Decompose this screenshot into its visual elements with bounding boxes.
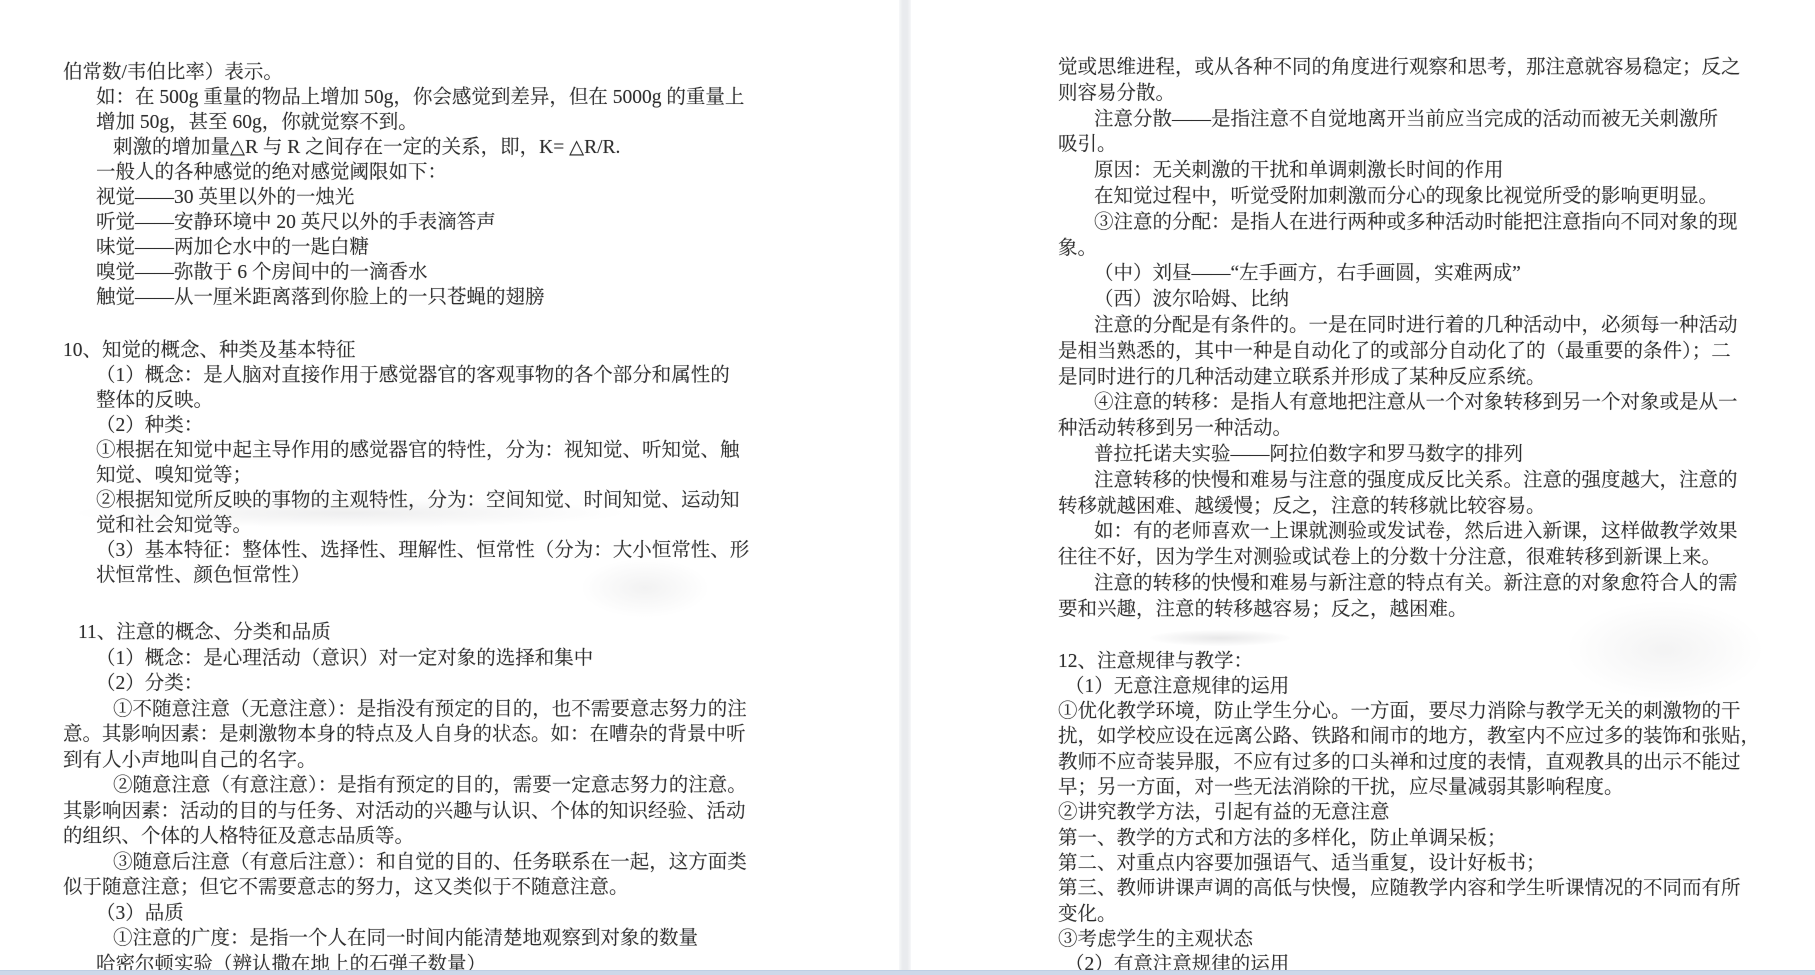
- text-line: （中）刘昼——“左手画方，右手画圆，实难两成”: [1094, 261, 1760, 287]
- text-line: 觉或思维进程，或从各种不同的角度进行观察和思考，那注意就容易稳定；反之: [1058, 55, 1760, 81]
- text-line: 似于随意注意；但它不需要意志的努力，这又类似于不随意注意。: [63, 875, 749, 901]
- text-line: 如：在 500g 重量的物品上增加 50g，你会感觉到差异，但在 5000g 的…: [96, 85, 749, 110]
- text-line: 教师不应奇装异服，不应有过多的口头禅和过度的表情，直观教具的出示不能过: [1058, 750, 1760, 775]
- text-line: 注意分散——是指注意不自觉地离开当前应当完成的活动而被无关刺激所: [1094, 107, 1760, 133]
- text-section: 觉或思维进程，或从各种不同的角度进行观察和思考，那注意就容易稳定；反之则容易分散…: [1058, 55, 1760, 623]
- text-line: 10、知觉的概念、种类及基本特征: [63, 338, 749, 363]
- text-line: 嗅觉——弥散于 6 个房间中的一滴香水: [96, 260, 749, 285]
- text-line: （1）概念：是人脑对直接作用于感觉器官的客观事物的各个部分和属性的: [96, 363, 749, 388]
- document-page-right[interactable]: 觉或思维进程，或从各种不同的角度进行观察和思考，那注意就容易稳定；反之则容易分散…: [911, 0, 1815, 975]
- text-section: 10、知觉的概念、种类及基本特征（1）概念：是人脑对直接作用于感觉器官的客观事物…: [63, 338, 749, 588]
- text-line: 是同时进行的几种活动建立联系并形成了某种反应系统。: [1058, 365, 1760, 391]
- text-line: ①注意的广度：是指一个人在同一时间内能清楚地观察到对象的数量: [113, 926, 749, 952]
- text-line: 注意的分配是有条件的。一是在同时进行着的几种活动中，必须每一种活动: [1094, 313, 1760, 339]
- text-line: 吸引。: [1058, 132, 1760, 158]
- text-line: 刺激的增加量△R 与 R 之间存在一定的关系，即，K= △R/R.: [113, 135, 749, 160]
- text-section: 12、注意规律与教学：（1）无意注意规律的运用①优化教学环境，防止学生分心。一方…: [1058, 649, 1760, 975]
- text-line: 触觉——从一厘米距离落到你脸上的一只苍蝇的翅膀: [96, 285, 749, 310]
- text-line: ②根据知觉所反映的事物的主观特性，分为：空间知觉、时间知觉、运动知: [96, 488, 749, 513]
- text-line: ①优化教学环境，防止学生分心。一方面，要尽力消除与教学无关的刺激物的干: [1058, 699, 1760, 724]
- text-line: 觉和社会知觉等。: [96, 513, 749, 538]
- window-edge-bar: [0, 970, 1815, 975]
- text-line: （2）种类：: [96, 413, 749, 438]
- text-line: 则容易分散。: [1058, 81, 1760, 107]
- text-section: 伯常数/韦伯比率）表示。如：在 500g 重量的物品上增加 50g，你会感觉到差…: [63, 60, 749, 310]
- text-line: 注意的转移的快慢和难易与新注意的特点有关。新注意的对象愈符合人的需: [1094, 571, 1760, 597]
- text-line: 普拉托诺夫实验——阿拉伯数字和罗马数字的排列: [1094, 442, 1760, 468]
- text-line: 的组织、个体的人格特征及意志品质等。: [63, 824, 749, 850]
- text-line: 象。: [1058, 236, 1760, 262]
- text-line: 注意转移的快慢和难易与注意的强度成反比关系。注意的强度越大，注意的: [1094, 468, 1760, 494]
- text-line: 其影响因素：活动的目的与任务、对活动的兴趣与认识、个体的知识经验、活动: [63, 799, 749, 825]
- text-section: 11、注意的概念、分类和品质（1）概念：是心理活动（意识）对一定对象的选择和集中…: [63, 620, 749, 975]
- text-line: 意。其影响因素：是刺激物本身的特点及人自身的状态。如：在嘈杂的背景中听: [63, 722, 749, 748]
- text-line: 是相当熟悉的，其中一种是自动化了的或部分自动化了的（最重要的条件）；二: [1058, 339, 1760, 365]
- page-right-text-block: 觉或思维进程，或从各种不同的角度进行观察和思考，那注意就容易稳定；反之则容易分散…: [1058, 55, 1760, 975]
- page-divider: [899, 0, 911, 975]
- text-line: 往往不好，因为学生对测验或试卷上的分数十分注意，很难转移到新课上来。: [1058, 545, 1760, 571]
- text-line: 视觉——30 英里以外的一烛光: [96, 185, 749, 210]
- text-line: 增加 50g，甚至 60g，你就觉察不到。: [96, 110, 749, 135]
- text-line: 12、注意规律与教学：: [1058, 649, 1760, 674]
- text-line: 变化。: [1058, 902, 1760, 927]
- text-line: 整体的反映。: [96, 388, 749, 413]
- text-line: 伯常数/韦伯比率）表示。: [63, 60, 749, 85]
- text-line: ①不随意注意（无意注意）：是指没有预定的目的，也不需要意志努力的注: [113, 697, 749, 723]
- document-page-left[interactable]: 伯常数/韦伯比率）表示。如：在 500g 重量的物品上增加 50g，你会感觉到差…: [0, 0, 899, 975]
- text-line: ③随意后注意（有意后注意）：和自觉的目的、任务联系在一起，这方面类: [113, 850, 749, 876]
- text-line: 到有人小声地叫自己的名字。: [63, 748, 749, 774]
- text-line: ③考虑学生的主观状态: [1058, 927, 1760, 952]
- text-line: 转移就越困难、越缓慢；反之，注意的转移就比较容易。: [1058, 494, 1760, 520]
- text-line: （3）品质: [96, 901, 749, 927]
- text-line: （西）波尔哈姆、比纳: [1094, 287, 1760, 313]
- text-line: ③注意的分配：是指人在进行两种或多种活动时能把注意指向不同对象的现: [1094, 210, 1760, 236]
- text-line: ②随意注意（有意注意）：是指有预定的目的，需要一定意志努力的注意。: [113, 773, 749, 799]
- text-line: 第一、教学的方式和方法的多样化，防止单调呆板；: [1058, 826, 1760, 851]
- text-line: 第三、教师讲课声调的高低与快慢，应随教学内容和学生听课情况的不同而有所: [1058, 876, 1760, 901]
- text-line: 状恒常性、颜色恒常性）: [96, 563, 749, 588]
- text-line: 早；另一方面，对一些无法消除的干扰，应尽量减弱其影响程度。: [1058, 775, 1760, 800]
- text-line: 种活动转移到另一种活动。: [1058, 416, 1760, 442]
- page-left-text-block: 伯常数/韦伯比率）表示。如：在 500g 重量的物品上增加 50g，你会感觉到差…: [63, 60, 749, 975]
- text-line: 在知觉过程中，听觉受附加刺激而分心的现象比视觉所受的影响更明显。: [1094, 184, 1760, 210]
- text-line: 要和兴趣，注意的转移越容易；反之，越困难。: [1058, 597, 1760, 623]
- text-line: 知觉、嗅知觉等；: [96, 463, 749, 488]
- text-line: （1）无意注意规律的运用: [1065, 674, 1760, 699]
- text-line: ①根据在知觉中起主导作用的感觉器官的特性，分为：视知觉、听知觉、触: [96, 438, 749, 463]
- text-line: 一般人的各种感觉的绝对感觉阈限如下：: [96, 160, 749, 185]
- document-viewer: 伯常数/韦伯比率）表示。如：在 500g 重量的物品上增加 50g，你会感觉到差…: [0, 0, 1815, 975]
- text-line: 第二、对重点内容要加强语气、适当重复，设计好板书；: [1058, 851, 1760, 876]
- text-line: ④注意的转移：是指人有意地把注意从一个对象转移到另一个对象或是从一: [1094, 390, 1760, 416]
- text-line: （3）基本特征：整体性、选择性、理解性、恒常性（分为：大小恒常性、形: [96, 538, 749, 563]
- text-line: 扰，如学校应设在远离公路、铁路和闹市的地方，教室内不应过多的装饰和张贴，: [1058, 724, 1760, 749]
- text-line: 原因：无关刺激的干扰和单调刺激长时间的作用: [1094, 158, 1760, 184]
- text-line: （1）概念：是心理活动（意识）对一定对象的选择和集中: [96, 646, 749, 672]
- text-line: ②讲究教学方法，引起有益的无意注意: [1058, 800, 1760, 825]
- text-line: 听觉——安静环境中 20 英尺以外的手表滴答声: [96, 210, 749, 235]
- text-line: 味觉——两加仑水中的一匙白糖: [96, 235, 749, 260]
- text-line: 如：有的老师喜欢一上课就测验或发试卷，然后进入新课，这样做教学效果: [1094, 519, 1760, 545]
- text-line: （2）分类：: [96, 671, 749, 697]
- text-line: 11、注意的概念、分类和品质: [78, 620, 749, 646]
